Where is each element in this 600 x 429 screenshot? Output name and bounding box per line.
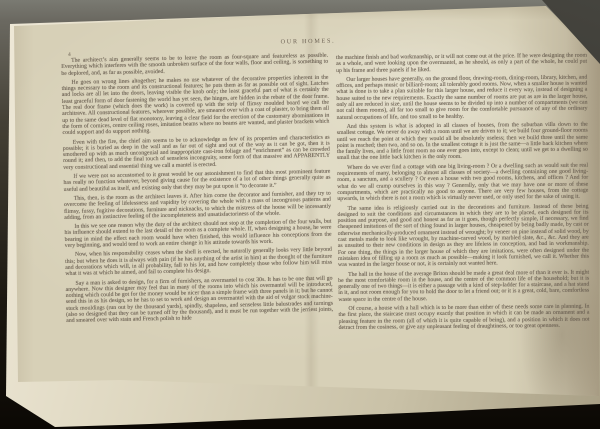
paragraph: If we were not so accustomed to it great… (63, 169, 330, 193)
paragraph: the machine finish and bad workmanship, … (336, 53, 587, 74)
text-column-left: The architect’s aim generally seems to b… (61, 53, 333, 328)
paragraph: The same idea is religiously carried out… (337, 203, 589, 268)
paragraph: Even with the fire, the chief aim seems … (63, 134, 331, 171)
book-photo: 4 OUR HOMES. The architect’s aim general… (0, 0, 600, 429)
paragraph: The hall in the house of the average Bri… (338, 269, 589, 303)
paragraph: In this we see one reason why the duty o… (64, 219, 331, 250)
paragraph: Now, when his responsibility ceases when… (65, 247, 332, 278)
text-column-right: the machine finish and bad workmanship, … (336, 53, 590, 335)
paragraph: And this system is what is adopted in al… (337, 122, 588, 162)
paragraph: Where do we ever find a cottage with one… (337, 162, 588, 202)
paragraph: The architect’s aim generally seems to b… (61, 53, 328, 77)
paragraph: Say a man is asked to design, for a firm… (65, 275, 333, 324)
book-page: 4 OUR HOMES. The architect’s aim general… (0, 0, 600, 429)
paragraph: This, then, is the room as the architect… (64, 191, 331, 222)
running-header: OUR HOMES. (246, 37, 370, 46)
paragraph: He goes on wrong lines altogether; he ma… (61, 75, 329, 137)
paragraph: Of course, a house with a hall which is … (338, 304, 589, 332)
paragraph: Our larger houses have generally, on the… (336, 74, 587, 120)
